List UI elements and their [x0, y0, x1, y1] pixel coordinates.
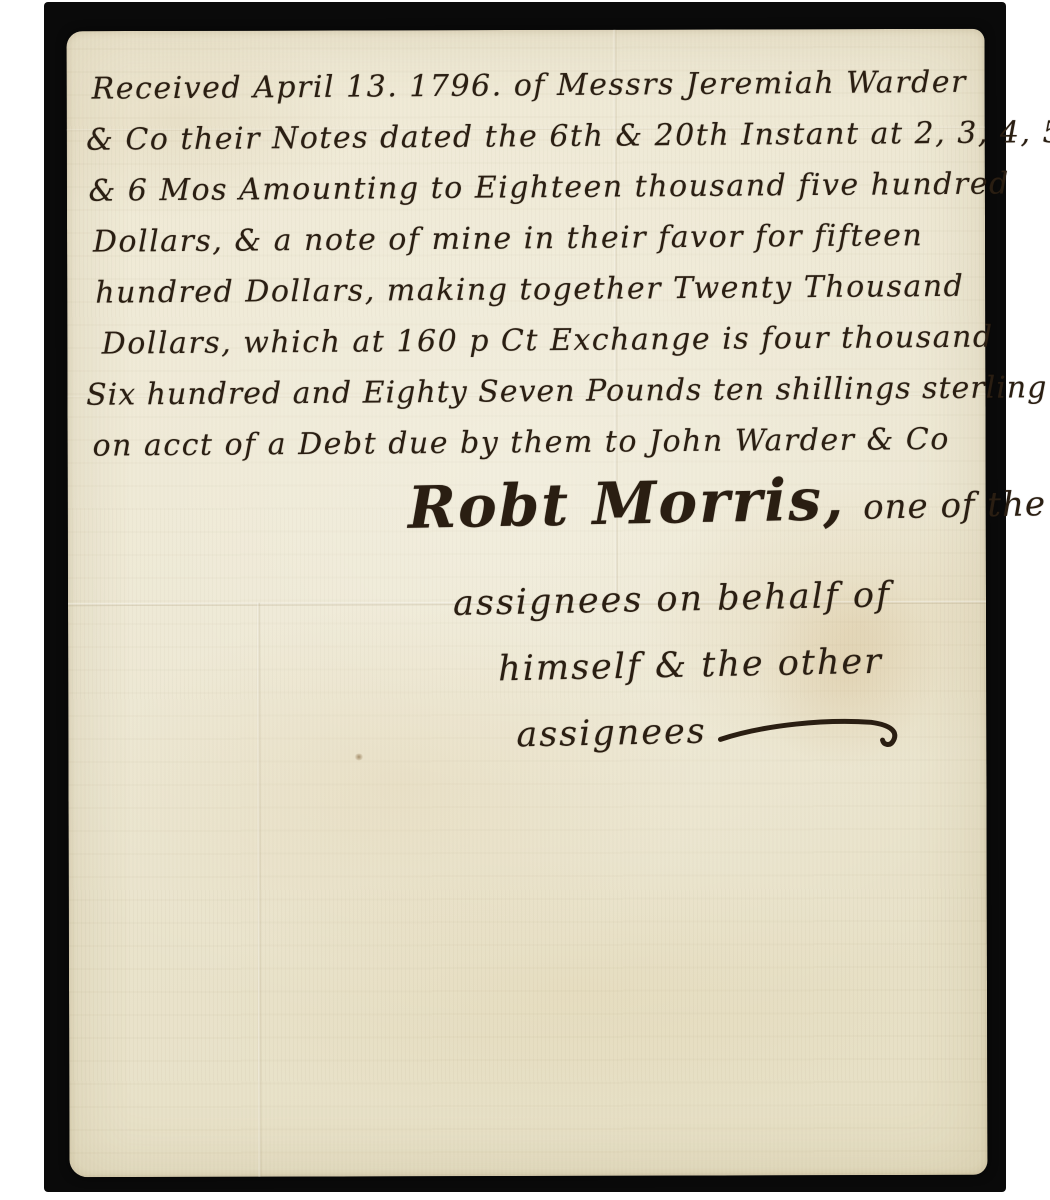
manuscript-line: hundred Dollars, making together Twenty … — [95, 260, 1050, 319]
signature-last-row: assignees — [516, 706, 907, 758]
manuscript-paper: Received April 13. 1796. of Messrs Jerem… — [67, 29, 988, 1177]
signature-row: Robt Morris, one of the — [407, 461, 1046, 542]
signature-flourish — [716, 706, 907, 754]
manuscript-line: & 6 Mos Amounting to Eighteen thousand f… — [88, 158, 1050, 217]
ink-stain-spot — [354, 753, 363, 760]
manuscript-line: Dollars, & a note of mine in their favor… — [93, 209, 1050, 268]
manuscript-line: & Co their Notes dated the 6th & 20th In… — [86, 107, 1050, 166]
manuscript-line: Dollars, which at 160 p Ct Exchange is f… — [102, 311, 1050, 370]
manuscript-line: Six hundred and Eighty Seven Pounds ten … — [86, 362, 1050, 421]
receipt-body-text: Received April 13. 1796. of Messrs Jerem… — [92, 56, 1050, 472]
signature-line: himself & the other — [498, 642, 883, 690]
signature-line: assignees — [516, 712, 707, 756]
fold-crease-vertical-lower — [257, 603, 262, 1177]
signature-name: Robt Morris, — [407, 465, 846, 542]
signature-after-name: one of the — [863, 484, 1047, 528]
manuscript-line: Received April 13. 1796. of Messrs Jerem… — [92, 56, 1050, 115]
photographed-manuscript: Received April 13. 1796. of Messrs Jerem… — [0, 0, 1050, 1200]
